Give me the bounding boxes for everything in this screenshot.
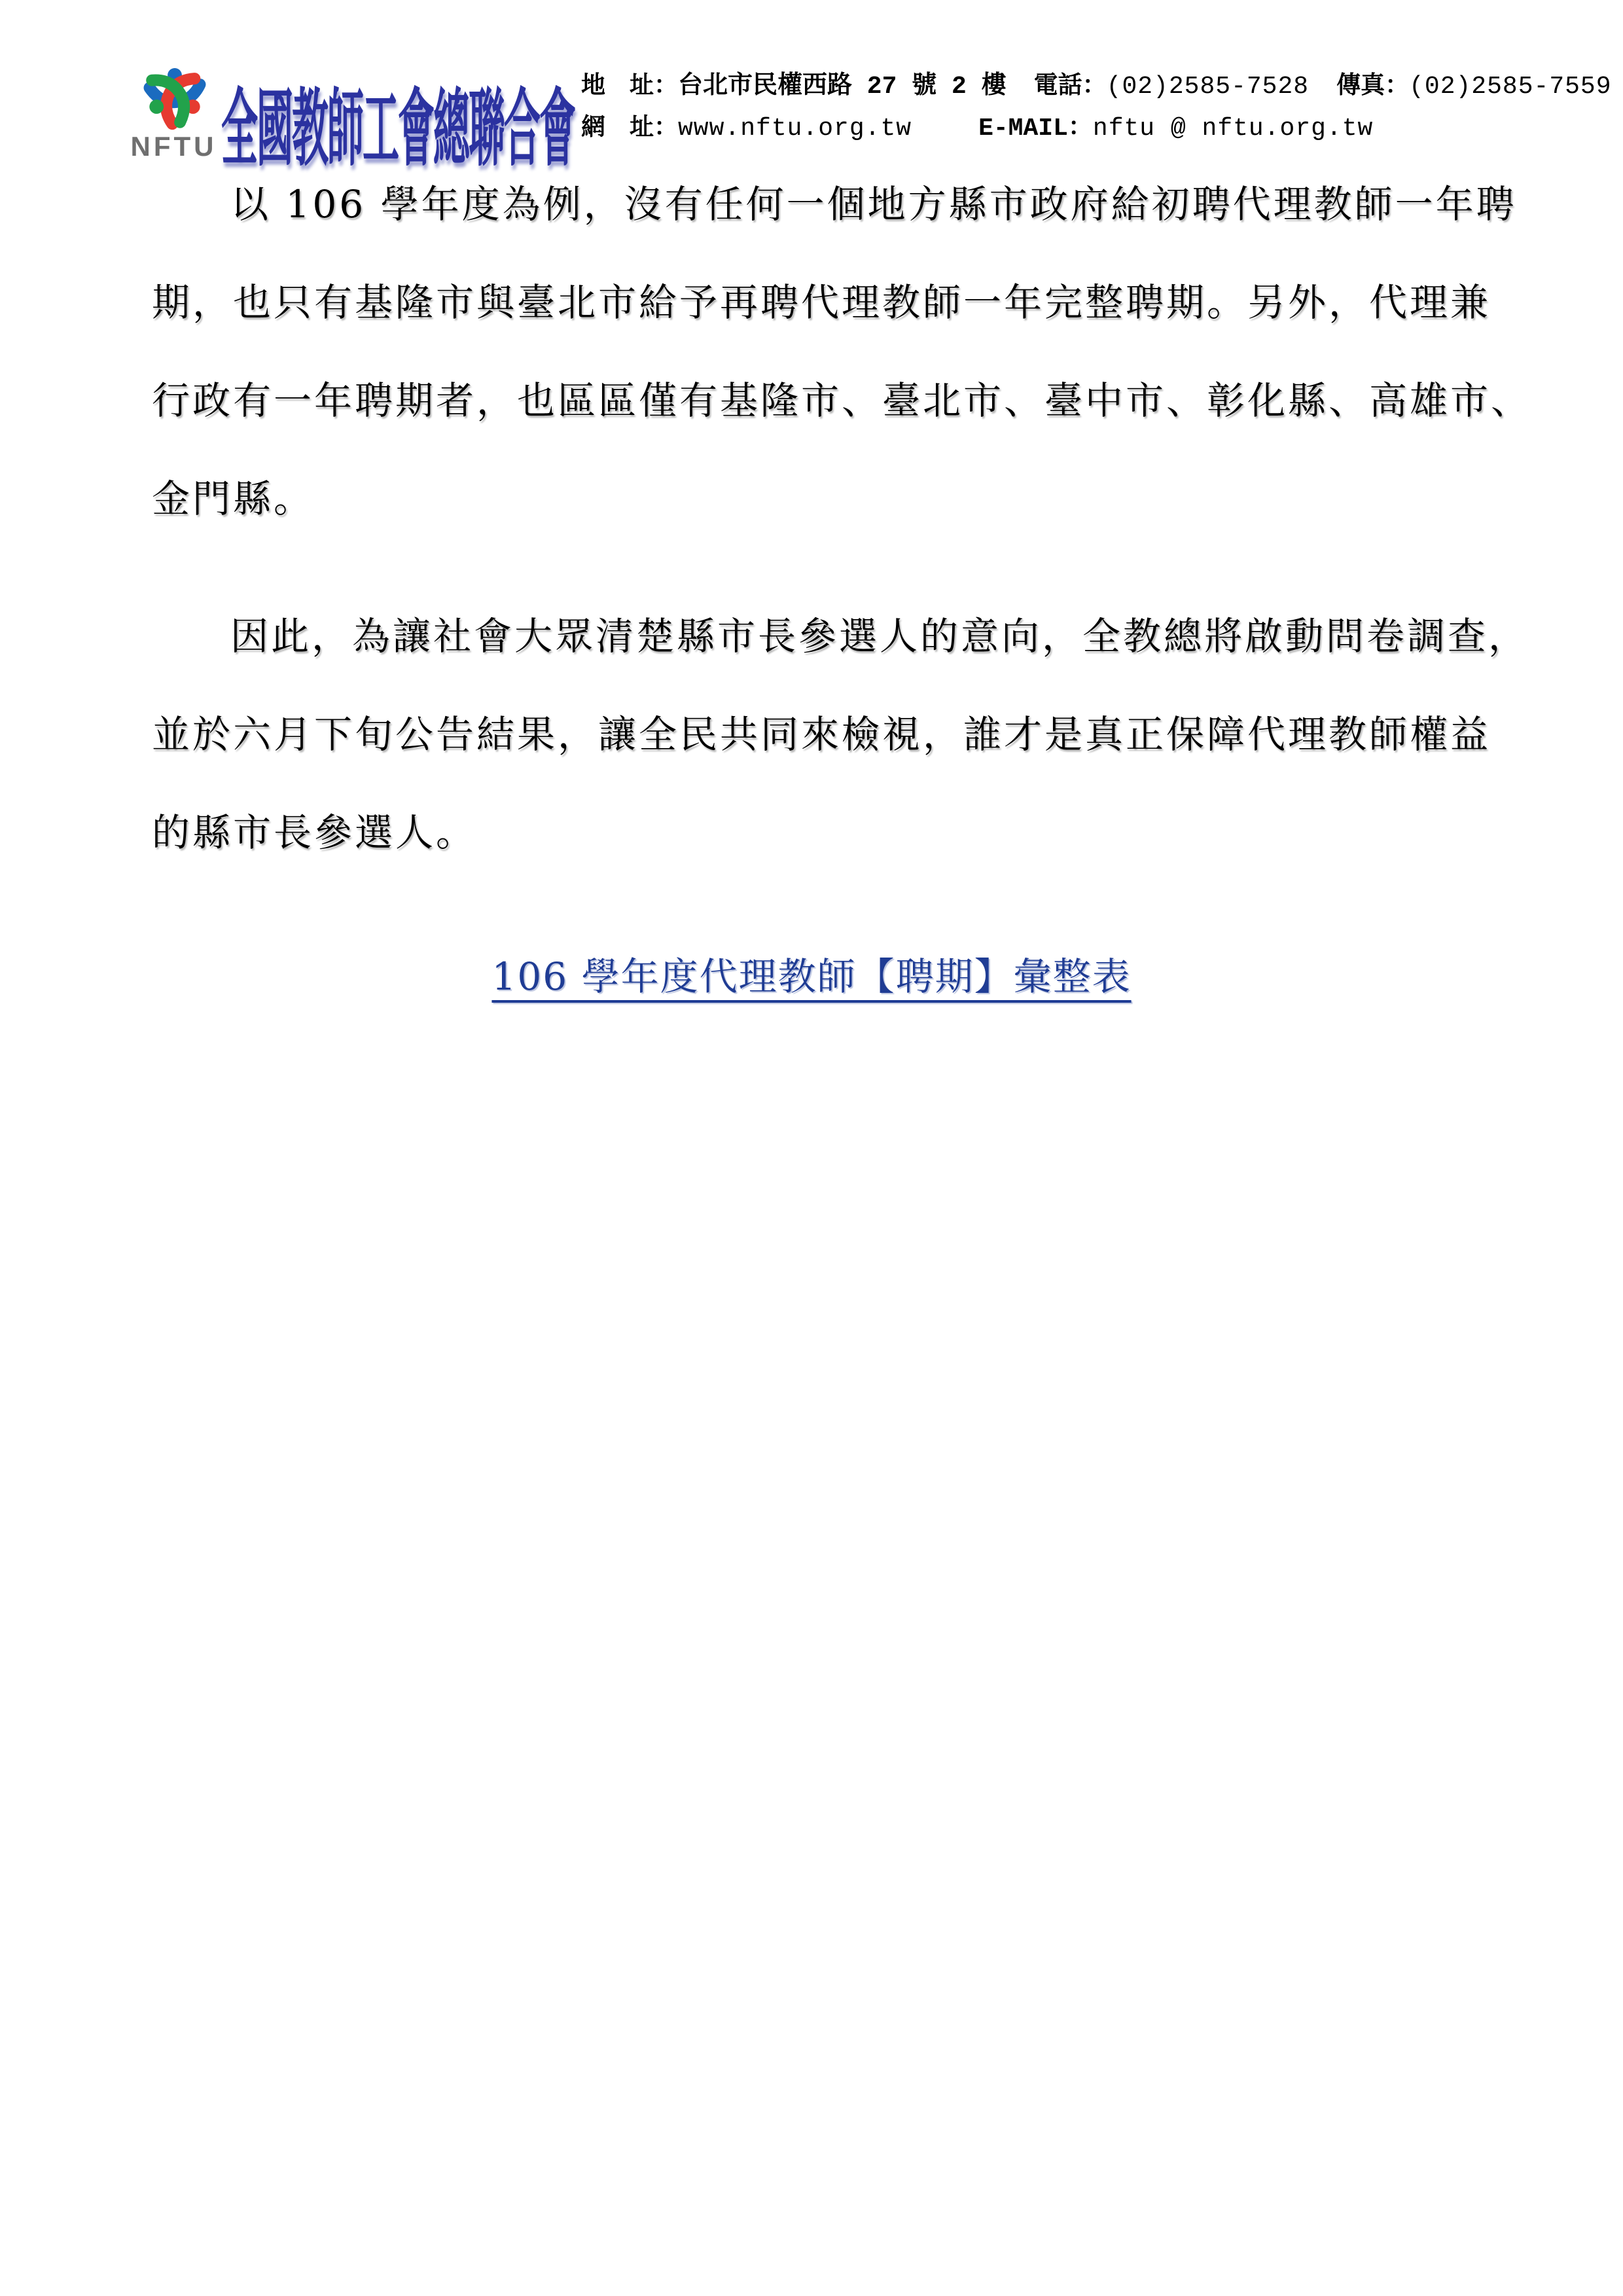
fax-value: (02)2585-7559 <box>1409 73 1611 101</box>
document-page: NFTU 全國教師工會總聯合會 地 址：台北市民權西路 27 號 2 樓電話：(… <box>0 0 1623 2296</box>
website-group: 網 址：www.nftu.org.tw <box>581 125 912 137</box>
paragraph-2: 因此，為讓社會大眾清楚縣市長參選人的意向，全教總將啟動問卷調查， 並於六月下旬公… <box>152 587 1471 882</box>
phone-group: 電話：(02)2585-7528 <box>1034 83 1309 96</box>
paragraph-1-line-1: 以 106 學年度為例，沒有任何一個地方縣市政府給初聘代理教師一年聘 <box>152 155 1471 253</box>
address-group: 地 址：台北市民權西路 27 號 2 樓 <box>581 83 1007 96</box>
paragraph-2-line-3: 的縣市長參選人。 <box>152 783 1471 882</box>
paragraph-1-line-3: 行政有一年聘期者，也區區僅有基隆市、臺北市、臺中市、彰化縣、高雄市、 <box>152 351 1471 450</box>
attachment-link-row: 106 學年度代理教師【聘期】彙整表 <box>0 927 1623 1026</box>
paragraph-2-line-2: 並於六月下旬公告結果，讓全民共同來檢視，誰才是真正保障代理教師權益 <box>152 685 1471 783</box>
fax-label: 傳真： <box>1336 71 1409 98</box>
paragraph-1-line-4: 金門縣。 <box>152 450 1471 548</box>
contact-info: 地 址：台北市民權西路 27 號 2 樓電話：(02)2585-7528傳真：(… <box>581 68 1612 152</box>
paragraph-1: 以 106 學年度為例，沒有任何一個地方縣市政府給初聘代理教師一年聘 期，也只有… <box>152 155 1471 548</box>
email-value: nftu @ nftu.org.tw <box>1093 115 1373 143</box>
address-value: 台北市民權西路 27 號 2 樓 <box>678 73 1007 101</box>
phone-value: (02)2585-7528 <box>1107 73 1309 101</box>
email-label: E-MAIL： <box>978 115 1093 143</box>
paragraph-2-line-1: 因此，為讓社會大眾清楚縣市長參選人的意向，全教總將啟動問卷調查， <box>152 587 1471 685</box>
phone-label: 電話： <box>1034 71 1107 98</box>
email-group: E-MAIL：nftu @ nftu.org.tw <box>978 125 1373 137</box>
website-value: www.nftu.org.tw <box>678 115 912 143</box>
website-label: 網 址： <box>581 113 678 140</box>
attachment-hyperlink[interactable]: 106 學年度代理教師【聘期】彙整表 <box>491 954 1131 999</box>
contact-line-2: 網 址：www.nftu.org.twE-MAIL：nftu @ nftu.or… <box>581 110 1612 152</box>
contact-line-1: 地 址：台北市民權西路 27 號 2 樓電話：(02)2585-7528傳真：(… <box>581 68 1612 110</box>
paragraph-1-line-2: 期，也只有基隆市與臺北市給予再聘代理教師一年完整聘期。另外，代理兼 <box>152 253 1471 351</box>
nftu-triskelion-logo-icon <box>136 58 213 135</box>
fax-group: 傳真：(02)2585-7559 <box>1336 83 1611 96</box>
nftu-logo-block: NFTU <box>130 58 218 162</box>
address-label: 地 址： <box>581 71 678 98</box>
